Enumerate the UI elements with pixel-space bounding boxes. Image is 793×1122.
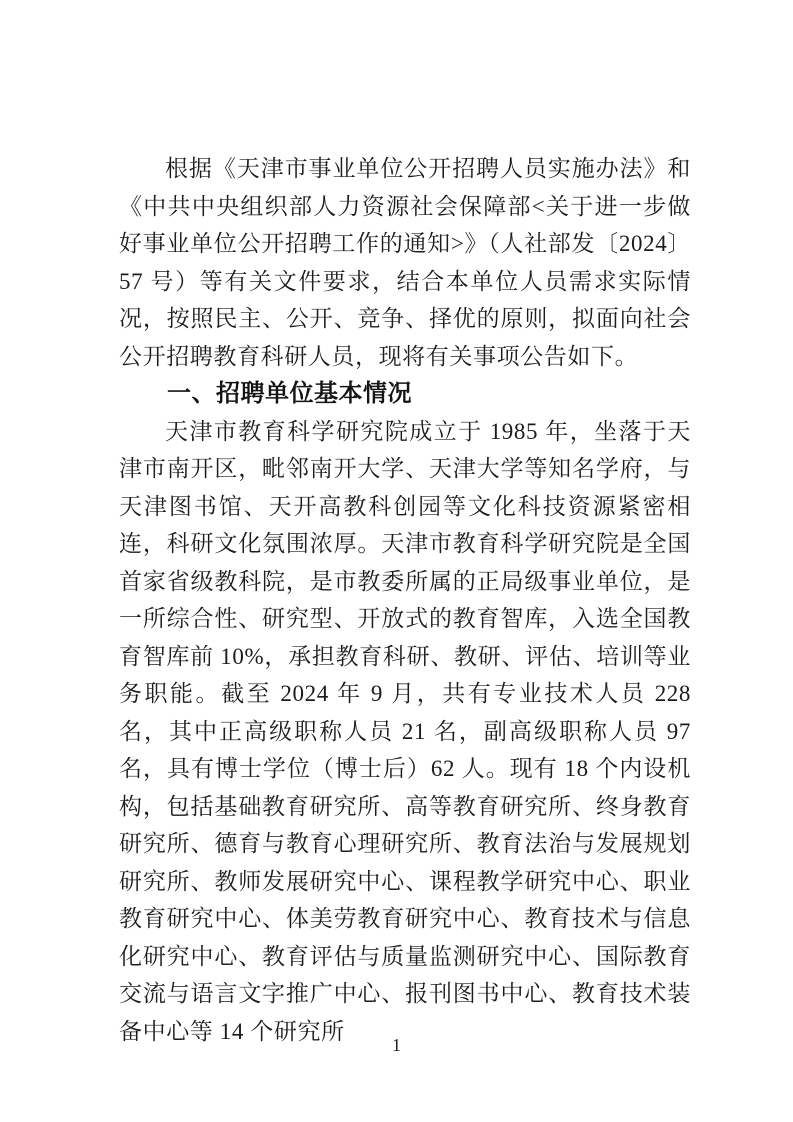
unit-introduction-paragraph: 天津市教育科学研究院成立于 1985 年，坐落于天津市南开区，毗邻南开大学、天津…	[119, 413, 691, 1051]
document-page: 根据《天津市事业单位公开招聘人员实施办法》和《中共中央组织部人力资源社会保障部<…	[0, 0, 793, 1122]
document-body: 根据《天津市事业单位公开招聘人员实施办法》和《中共中央组织部人力资源社会保障部<…	[119, 150, 691, 1050]
section-heading-recruiting-unit-basics: 一、招聘单位基本情况	[119, 375, 691, 413]
page-number: 1	[0, 1034, 793, 1056]
intro-paragraph: 根据《天津市事业单位公开招聘人员实施办法》和《中共中央组织部人力资源社会保障部<…	[119, 150, 691, 375]
